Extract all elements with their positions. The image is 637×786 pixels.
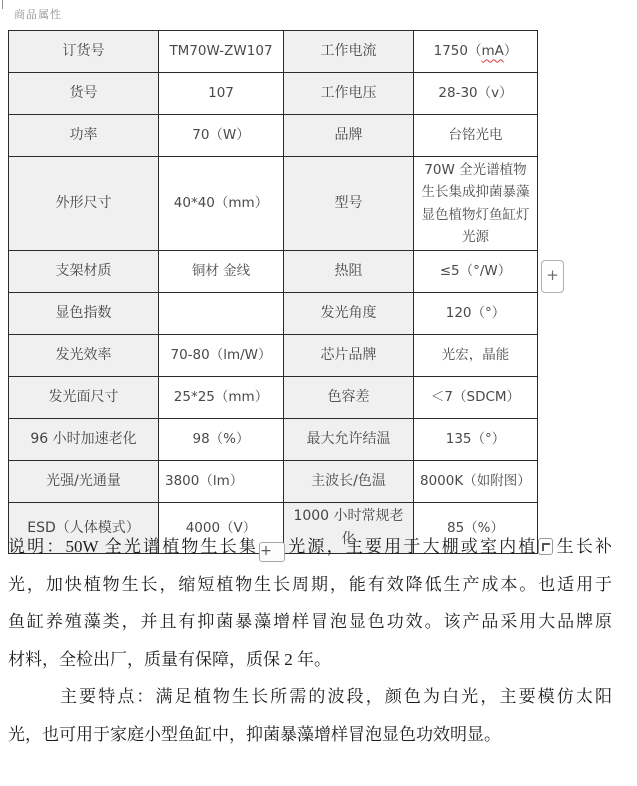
panel-edge-tick: [2, 0, 3, 9]
spec-value-cell: 70（W）: [159, 115, 284, 157]
spec-value-cell: 8000K（如附图）: [414, 461, 538, 503]
spec-value-cell: 台铭光电: [414, 115, 538, 157]
table-row: 发光面尺寸25*25（mm）色容差＜7（SDCM）: [9, 377, 538, 419]
corner-mark-icon: [542, 543, 550, 551]
table-row: 显色指数发光角度120（°）: [9, 293, 538, 335]
spec-label-cell: 工作电流: [284, 31, 414, 73]
spec-label-cell: 货号: [9, 73, 159, 115]
spec-value-cell: 107: [159, 73, 284, 115]
spec-label-cell: 芯片品牌: [284, 335, 414, 377]
spec-value-cell: TM70W-ZW107: [159, 31, 284, 73]
spec-label-cell: 型号: [284, 157, 414, 251]
spec-label-cell: 发光面尺寸: [9, 377, 159, 419]
table-row: 订货号TM70W-ZW107工作电流1750（mA）: [9, 31, 538, 73]
inline-box-widget[interactable]: [538, 538, 553, 555]
spec-table: 订货号TM70W-ZW107工作电流1750（mA）货号107工作电压28-30…: [8, 30, 538, 554]
spec-value-cell: 70W 全光谱植物生长集成抑菌暴藻显色植物灯鱼缸灯 光源: [414, 157, 538, 251]
spec-value-cell: 铜材 金线: [159, 251, 284, 293]
spec-label-cell: 支架材质: [9, 251, 159, 293]
section-title: 商品属性: [14, 6, 62, 22]
spec-value-cell: 1750（mA）: [414, 31, 538, 73]
spec-label-cell: 发光角度: [284, 293, 414, 335]
spec-value-cell: 3800（lm）: [159, 461, 284, 503]
spec-value-cell: 70-80（lm/W）: [159, 335, 284, 377]
description-line: 主要特点：满足植物生长所需的波段，颜色为白光，主要模仿太阳: [8, 678, 612, 716]
spec-value-cell: 40*40（mm）: [159, 157, 284, 251]
spec-label-cell: 光强/光通量: [9, 461, 159, 503]
spec-label-cell: 色容差: [284, 377, 414, 419]
spec-value-cell: 98（%）: [159, 419, 284, 461]
spec-value-cell: 135（°）: [414, 419, 538, 461]
spec-label-cell: 外形尺寸: [9, 157, 159, 251]
description-text: 说明：50W 全光谱植物生长集+光源，主要用于大棚或室内植生长补光，加快植物生长…: [8, 528, 612, 754]
spec-value-cell: ＜7（SDCM）: [414, 377, 538, 419]
spec-value-cell: 120（°）: [414, 293, 538, 335]
description-line: 光，也可用于家庭小型鱼缸中，抑菌暴藻增样冒泡显色功效明显。: [8, 716, 612, 754]
spec-label-cell: 热阻: [284, 251, 414, 293]
description-line: 材料，全检出厂，质量有保障，质保 2 年。: [8, 641, 612, 679]
inline-plus-button[interactable]: +: [259, 542, 285, 562]
table-row: 发光效率70-80（lm/W）芯片品牌光宏，晶能: [9, 335, 538, 377]
spec-label-cell: 工作电压: [284, 73, 414, 115]
spec-label-cell: 订货号: [9, 31, 159, 73]
spec-value-cell: ≤5（°/W）: [414, 251, 538, 293]
spec-label-cell: 发光效率: [9, 335, 159, 377]
spec-value-cell: 28-30（v）: [414, 73, 538, 115]
spec-value-cell: 光宏，晶能: [414, 335, 538, 377]
table-row: 外形尺寸40*40（mm）型号70W 全光谱植物生长集成抑菌暴藻显色植物灯鱼缸灯…: [9, 157, 538, 251]
spec-label-cell: 功率: [9, 115, 159, 157]
description-line: 说明：50W 全光谱植物生长集+光源，主要用于大棚或室内植生长补: [8, 528, 612, 566]
table-row: 光强/光通量3800（lm）主波长/色温8000K（如附图）: [9, 461, 538, 503]
table-row: 支架材质铜材 金线热阻≤5（°/W）: [9, 251, 538, 293]
spec-label-cell: 96 小时加速老化: [9, 419, 159, 461]
description-line: 光，加快植物生长，缩短植物生长周期，能有效降低生产成本。也适用于: [8, 566, 612, 604]
spec-value-cell: 25*25（mm）: [159, 377, 284, 419]
description-line: 鱼缸养殖藻类，并且有抑菌暴藻增样冒泡显色功效。该产品采用大品牌原: [8, 603, 612, 641]
product-attributes-page: { "page": { "section_label": "商品属性" }, "…: [0, 0, 637, 786]
spec-label-cell: 主波长/色温: [284, 461, 414, 503]
spec-value-cell: [159, 293, 284, 335]
spellcheck-squiggle: mA: [481, 43, 503, 59]
table-row: 96 小时加速老化98（%）最大允许结温135（°）: [9, 419, 538, 461]
spec-label-cell: 显色指数: [9, 293, 159, 335]
table-row: 功率70（W）品牌台铭光电: [9, 115, 538, 157]
expand-plus-button[interactable]: +: [541, 260, 564, 293]
spec-table-body: 订货号TM70W-ZW107工作电流1750（mA）货号107工作电压28-30…: [9, 31, 538, 554]
spec-label-cell: 最大允许结温: [284, 419, 414, 461]
spec-label-cell: 品牌: [284, 115, 414, 157]
table-row: 货号107工作电压28-30（v）: [9, 73, 538, 115]
